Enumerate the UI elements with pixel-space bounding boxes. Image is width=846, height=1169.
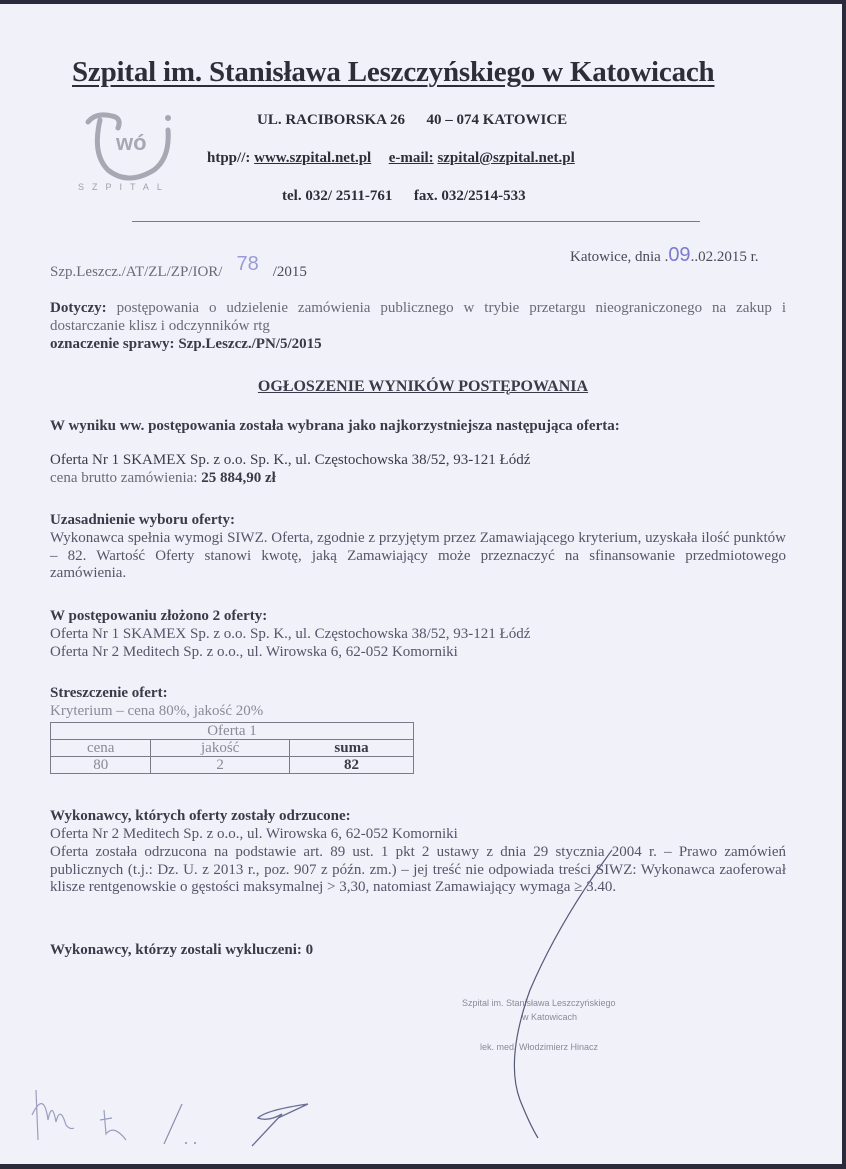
web-label: htpp//:: [207, 150, 250, 166]
phone: tel. 032/ 2511-761: [282, 188, 392, 204]
table-row: 80 2 82: [51, 757, 414, 774]
announcement-title: OGŁOSZENIE WYNIKÓW POSTĘPOWANIA: [0, 378, 846, 396]
header-suma: suma: [289, 740, 413, 757]
website-link[interactable]: www.szpital.net.pl: [254, 150, 371, 166]
summary-heading: Streszczenie ofert:: [50, 685, 786, 703]
date-prefix: Katowice, dnia: [570, 249, 661, 265]
contact-line: htpp//: www.szpital.net.pl e-mail: szpit…: [207, 150, 575, 167]
price-line: cena brutto zamówienia: 25 884,90 zł: [50, 470, 786, 488]
fax: fax. 032/2514-533: [414, 188, 526, 204]
email-link[interactable]: szpital@szpital.net.pl: [437, 150, 574, 166]
rejected-offer: Oferta Nr 2 Meditech Sp. z o.o., ul. Wir…: [50, 826, 786, 844]
stamp-line-1: Szpital im. Stanisława Leszczyńskiego: [462, 998, 616, 1008]
submitted-heading: W postępowaniu złożono 2 oferty:: [50, 608, 786, 626]
document-page: Szpital im. Stanisława Leszczyńskiego w …: [0, 4, 842, 1164]
scores-table-title: Oferta 1: [51, 723, 414, 740]
value-suma: 82: [289, 757, 413, 774]
price-value: 25 884,90 zł: [201, 470, 276, 486]
header-cena: cena: [51, 740, 151, 757]
submitted-offer-2: Oferta Nr 2 Meditech Sp. z o.o., ul. Wir…: [50, 644, 786, 662]
subject-paragraph: Dotyczy: postępowania o udzielenie zamów…: [50, 300, 786, 335]
logo-subtitle: SZPITAL: [78, 182, 170, 192]
table-row: cena jakość suma: [51, 740, 414, 757]
reference-prefix: Szp.Leszcz./AT/ZL/ZP/IOR/: [50, 264, 222, 280]
handwritten-day: 09: [668, 244, 690, 266]
justification-heading: Uzasadnienie wyboru oferty:: [50, 512, 786, 530]
header-jakosc: jakość: [151, 740, 290, 757]
date-suffix: 02.2015 r.: [698, 249, 758, 265]
excluded-line: Wykonawcy, którzy zostali wykluczeni: 0: [50, 942, 786, 960]
institution-title: Szpital im. Stanisława Leszczyńskiego w …: [72, 56, 772, 89]
street-address: UL. RACIBORSKA 26: [257, 112, 405, 128]
rejection-reason: Oferta została odrzucona na podstawie ar…: [50, 844, 786, 897]
scores-table: Oferta 1 cena jakość suma 80 2 82: [50, 722, 414, 774]
subject-text: postępowania o udzielenie zamówienia pub…: [50, 300, 786, 334]
handwritten-number: 78: [236, 253, 258, 275]
submitted-offer-1: Oferta Nr 1 SKAMEX Sp. z o.o. Sp. K., ul…: [50, 626, 786, 644]
criteria-text: Kryterium – cena 80%, jakość 20%: [50, 703, 786, 721]
case-number: Szp.Leszcz./PN/5/2015: [178, 336, 321, 352]
price-label: cena brutto zamówienia:: [50, 470, 197, 486]
address-line: UL. RACIBORSKA 26 40 – 074 KATOWICE: [257, 112, 567, 129]
value-cena: 80: [51, 757, 151, 774]
subject-label: Dotyczy:: [50, 300, 107, 316]
header-divider: [132, 221, 700, 222]
case-label: oznaczenie sprawy:: [50, 336, 175, 352]
result-intro: W wyniku ww. postępowania została wybran…: [50, 418, 786, 436]
phone-line: tel. 032/ 2511-761 fax. 032/2514-533: [282, 188, 526, 205]
case-line: oznaczenie sprawy: Szp.Leszcz./PN/5/2015: [50, 336, 786, 354]
postal-address: 40 – 074 KATOWICE: [426, 112, 567, 128]
stamp-line-3: lek. med. Włodzimierz Hinacz: [480, 1042, 598, 1052]
document-date: Katowice, dnia .09..02.2015 r.: [570, 244, 758, 267]
reference-number: Szp.Leszcz./AT/ZL/ZP/IOR/78/2015: [50, 259, 307, 282]
rejected-heading: Wykonawcy, których oferty zostały odrzuc…: [50, 808, 786, 826]
svg-text:wó: wó: [115, 130, 147, 155]
winning-offer: Oferta Nr 1 SKAMEX Sp. z o.o. Sp. K., ul…: [50, 452, 786, 470]
email-label: e-mail:: [389, 150, 434, 166]
stamp-line-2: w Katowicach: [522, 1012, 577, 1022]
value-jakosc: 2: [151, 757, 290, 774]
justification-text: Wykonawca spełnia wymogi SIWZ. Oferta, z…: [50, 530, 786, 583]
reference-suffix: /2015: [273, 264, 307, 280]
